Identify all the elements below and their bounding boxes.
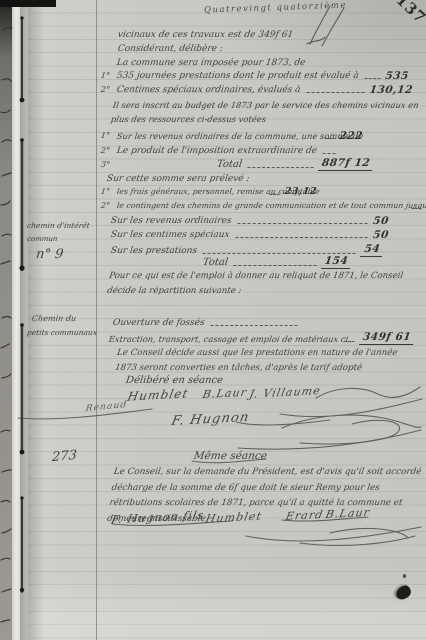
manuscript-line: 1° les frais généraux, personnel, remise…	[100, 186, 318, 198]
item-marker: 1°	[100, 186, 118, 198]
margin-item-number: 273	[51, 448, 77, 465]
line-text: 535 journées prestations dont le produit…	[116, 70, 359, 82]
scan-corner-black	[0, 0, 56, 7]
margin-rule-line	[96, 0, 97, 640]
manuscript-paragraph: Pour ce qui est de l'emploi à donner au …	[106, 269, 426, 299]
manuscript-line: 2° le contingent des chemins de grande c…	[100, 200, 426, 212]
manuscript-line: Sur les centimes spéciaux 50	[110, 229, 390, 241]
margin-note: n° 9	[35, 247, 64, 262]
section-heading: Même séance	[193, 450, 268, 462]
signature: B.Laur	[201, 386, 248, 401]
dash-leader	[324, 138, 334, 139]
manuscript-line: Ouverture de fossés	[112, 317, 304, 329]
manuscript-line: 1° 535 journées prestations dont le prod…	[100, 70, 410, 82]
dash-leader	[237, 223, 368, 224]
line-text: Total	[202, 257, 229, 269]
scanned-register-page: 137 Quatrevingt quatorzième chemin d'int…	[0, 0, 426, 640]
manuscript-line: Total 154	[110, 255, 352, 269]
manuscript-line: 2° Le produit de l'imposition extraordin…	[100, 145, 342, 157]
line-text: Le produit de l'imposition extraordinair…	[116, 145, 318, 157]
item-marker: 2°	[100, 84, 118, 96]
item-marker: 1°	[100, 130, 118, 142]
line-text: les frais généraux, personnel, remise au…	[116, 186, 264, 198]
margin-note: Chemin du	[31, 314, 76, 323]
amount: 50	[372, 229, 389, 241]
manuscript-line: Sur les revenus ordinaires 50	[110, 215, 390, 227]
line-text: Sur les revenus ordinaires	[110, 215, 232, 227]
ink-blot-dot	[403, 574, 406, 578]
manuscript-paragraph: Le Conseil décide aussi que les prestati…	[114, 346, 416, 375]
amount-total: 154	[321, 255, 352, 269]
dash-leader	[364, 78, 380, 79]
dash-leader	[269, 194, 279, 195]
manuscript-line: vicinaux de ces travaux est de 349f 61	[117, 29, 294, 41]
amount: 349f 61	[359, 331, 415, 345]
margin-note: petits communaux	[26, 328, 97, 337]
item-marker: 2°	[100, 200, 118, 212]
manuscript-line: 2° Centimes spéciaux ordinaires, évalués…	[100, 84, 414, 96]
amount-total: 887f 12	[318, 157, 374, 171]
manuscript-line: Extraction, transport, cassage et emploi…	[108, 331, 415, 345]
opposite-page-edge	[0, 0, 12, 640]
signature: B.Laur	[324, 506, 371, 521]
manuscript-line: Sur cette somme sera prélevé :	[106, 173, 250, 185]
manuscript-paragraph: Il sera inscrit au budget de 1873 par le…	[110, 99, 426, 126]
manuscript-line: Considérant, délibère :	[117, 43, 224, 55]
amount: 23,12	[284, 186, 318, 198]
signature: Erard	[285, 508, 325, 523]
manuscript-line: 3° Total 887f 12	[100, 157, 374, 171]
amount: 54	[360, 243, 384, 257]
dash-leader	[235, 237, 368, 238]
amount: 50	[372, 215, 389, 227]
line-text: Centimes spéciaux ordinaires, évalués à	[116, 84, 301, 96]
amount: 130,12	[369, 84, 414, 96]
line-text: Extraction, transport, cassage et emploi…	[108, 333, 339, 345]
margin-note: commun	[26, 235, 58, 243]
dash-leader	[234, 265, 317, 266]
dash-leader	[411, 208, 421, 209]
dash-leader	[203, 253, 356, 254]
line-text: le contingent des chemins de grande comm…	[116, 200, 407, 212]
dash-leader	[210, 325, 297, 326]
dash-leader	[344, 341, 354, 342]
page-edge-highlight	[12, 0, 20, 640]
dash-leader	[306, 92, 364, 93]
line-text: Sur les centimes spéciaux	[110, 229, 230, 241]
manuscript-line: 1° Sur les revenus ordinaires de la comm…	[100, 130, 364, 142]
item-marker: 3°	[100, 159, 118, 171]
item-marker: 1°	[100, 70, 118, 82]
amount: 535	[385, 70, 410, 82]
manuscript-line: La commune sera imposée pour 1873, de	[116, 57, 306, 69]
dash-leader	[248, 167, 314, 168]
line-text: Total	[216, 159, 243, 171]
margin-note: chemin d'intérêt	[26, 221, 90, 230]
amount: 222	[339, 130, 364, 142]
manuscript-line: Délibéré en séance	[125, 375, 224, 387]
item-marker: 2°	[100, 145, 118, 157]
dash-leader	[323, 153, 336, 154]
line-text: Ouverture de fossés	[112, 317, 205, 329]
line-text: Sur les revenus ordinaires de la commune…	[116, 130, 319, 142]
